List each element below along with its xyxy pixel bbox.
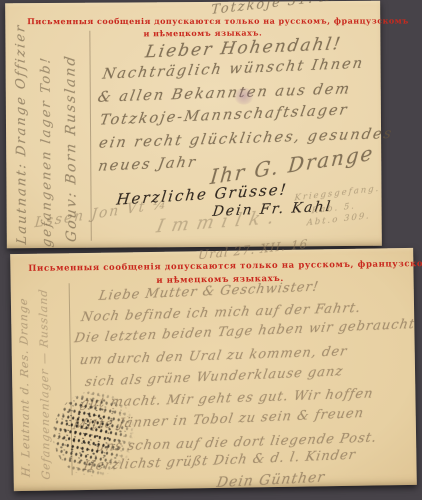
message-line: neues Jahr [97, 154, 198, 174]
faint-note-right: Kriegsgefang. [294, 184, 380, 204]
pencil-signature: Ihr G. Drange [209, 140, 375, 189]
sender-address-vertical-line1: Lautnant: Drange Offizier [13, 8, 30, 245]
sender-address-vertical-line2: Gefangenenlager — Russland [37, 279, 53, 481]
message-line: & allen Bekannten aus dem [96, 81, 352, 106]
postcard-bottom: Ural 27. XII. 16 Письменныя сообщенія до… [10, 248, 417, 491]
faint-flourish: Immilk. [155, 206, 284, 237]
printed-language-notice-line1: Письменныя сообщенія допускаются только … [27, 16, 378, 27]
photo-of-two-postcards: Письменныя сообщенія допускаются только … [0, 0, 422, 500]
message-line: Totzkoje-Mannschaftslager [99, 102, 350, 129]
postcard-top: Письменныя сообщенія допускаются только … [5, 1, 382, 249]
ink-smudge [234, 88, 254, 105]
message-line: Nachträglich wünscht Ihnen [101, 56, 365, 83]
sender-address-vertical-line1: H. Leutnant d. Res. Drange [17, 276, 33, 478]
message-signature: Dein Günther [215, 469, 326, 491]
printed-language-notice-line1: Письменныя сообщенія допускаются только … [28, 259, 411, 274]
message-line: um durch den Ural zu kommen, der [78, 344, 348, 368]
message-line: sich als grüne Wunderklause ganz [84, 364, 345, 390]
